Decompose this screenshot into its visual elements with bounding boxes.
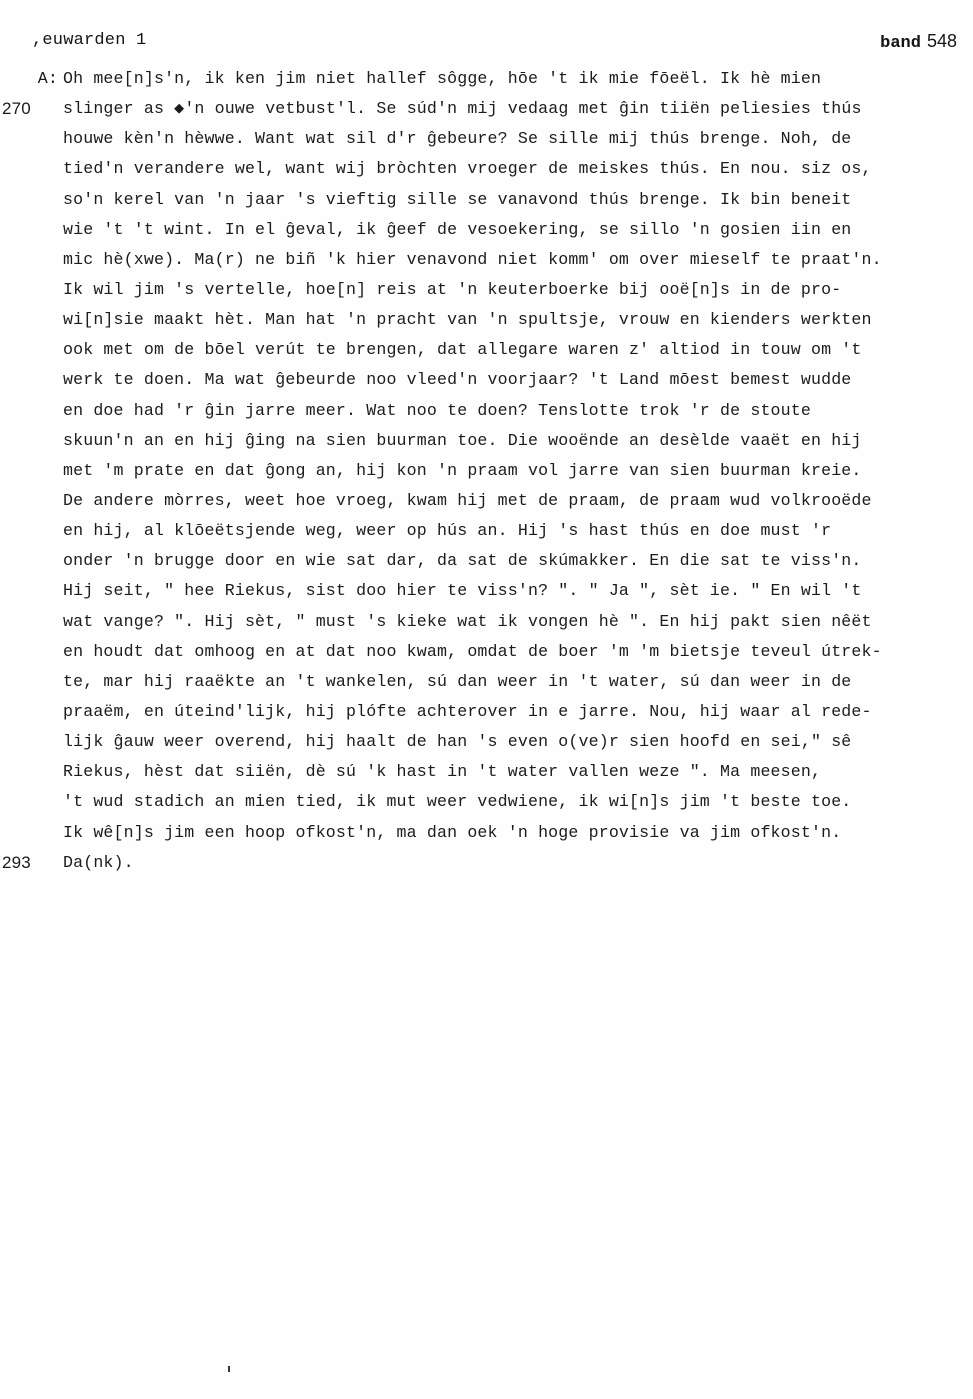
transcript-line: werk te doen. Ma wat ĝebeurde noo vleed'…: [0, 365, 973, 395]
line-text: ook met om de bōel verút te brengen, dat…: [63, 335, 862, 365]
transcript-line: Ik wil jim 's vertelle, hoe[n] reis at '…: [0, 275, 973, 305]
line-text: wat vange? ". Hij sèt, " must 's kieke w…: [63, 607, 872, 637]
line-number: 270: [2, 94, 42, 124]
header-band: band548: [880, 31, 957, 53]
transcript-line: wi[n]sie maakt hèt. Man hat 'n pracht va…: [0, 305, 973, 335]
transcript-line: met 'm prate en dat ĝong an, hij kon 'n …: [0, 456, 973, 486]
line-text: en hij, al klōeëtsjende weg, weer op hús…: [63, 516, 831, 546]
line-text: 't wud stadich an mien tied, ik mut weer…: [63, 787, 851, 817]
transcript-line: so'n kerel van 'n jaar 's vieftig sille …: [0, 185, 973, 215]
line-text: wi[n]sie maakt hèt. Man hat 'n pracht va…: [63, 305, 872, 335]
line-text: Riekus, hèst dat siiën, dè sú 'k hast in…: [63, 757, 821, 787]
line-text: so'n kerel van 'n jaar 's vieftig sille …: [63, 185, 851, 215]
line-text: werk te doen. Ma wat ĝebeurde noo vleed'…: [63, 365, 851, 395]
transcript-line: wat vange? ". Hij sèt, " must 's kieke w…: [0, 607, 973, 637]
line-text: en doe had 'r ĝin jarre meer. Wat noo te…: [63, 396, 811, 426]
transcript-line: lijk ĝauw weer overend, hij haalt de han…: [0, 727, 973, 757]
line-text: Oh mee[n]s'n, ik ken jim niet hallef sôg…: [63, 64, 821, 94]
speaker-label: A:: [0, 64, 58, 94]
transcript-body: A:Oh mee[n]s'n, ik ken jim niet hallef s…: [0, 64, 973, 878]
line-text: houwe kèn'n hèwwe. Want wat sil d'r ĝebe…: [63, 124, 851, 154]
transcript-line: en doe had 'r ĝin jarre meer. Wat noo te…: [0, 396, 973, 426]
transcript-line: te, mar hij raaëkte an 't wankelen, sú d…: [0, 667, 973, 697]
transcript-line: en hij, al klōeëtsjende weg, weer op hús…: [0, 516, 973, 546]
transcript-line: A:Oh mee[n]s'n, ik ken jim niet hallef s…: [0, 64, 973, 94]
scan-speck: [228, 1366, 230, 1372]
line-text: Ik wê[n]s jim een hoop ofkost'n, ma dan …: [63, 818, 841, 848]
line-text: Ik wil jim 's vertelle, hoe[n] reis at '…: [63, 275, 841, 305]
line-text: te, mar hij raaëkte an 't wankelen, sú d…: [63, 667, 851, 697]
transcript-line: onder 'n brugge door en wie sat dar, da …: [0, 546, 973, 576]
line-text: mic hè(xwe). Ma(r) ne biñ 'k hier venavo…: [63, 245, 882, 275]
transcript-line: 270slinger as ◆'n ouwe vetbust'l. Se súd…: [0, 94, 973, 124]
transcript-line: praaëm, en úteind'lijk, hij plófte achte…: [0, 697, 973, 727]
transcript-line: Riekus, hèst dat siiën, dè sú 'k hast in…: [0, 757, 973, 787]
transcript-line: 't wud stadich an mien tied, ik mut weer…: [0, 787, 973, 817]
transcript-line: wie 't 't wint. In el ĝeval, ik ĝeef de …: [0, 215, 973, 245]
line-text: met 'm prate en dat ĝong an, hij kon 'n …: [63, 456, 862, 486]
transcript-line: De andere mòrres, weet hoe vroeg, kwam h…: [0, 486, 973, 516]
transcript-line: Hij seit, " hee Riekus, sist doo hier te…: [0, 576, 973, 606]
transcript-line: 293Da(nk).: [0, 848, 973, 878]
line-text: Hij seit, " hee Riekus, sist doo hier te…: [63, 576, 862, 606]
line-text: Da(nk).: [63, 848, 134, 878]
line-text: onder 'n brugge door en wie sat dar, da …: [63, 546, 862, 576]
transcript-line: Ik wê[n]s jim een hoop ofkost'n, ma dan …: [0, 818, 973, 848]
transcript-line: en houdt dat omhoog en at dat noo kwam, …: [0, 637, 973, 667]
line-text: tied'n verandere wel, want wij bròchten …: [63, 154, 872, 184]
band-number: 548: [927, 31, 957, 51]
line-text: slinger as ◆'n ouwe vetbust'l. Se súd'n …: [63, 94, 862, 124]
transcript-line: houwe kèn'n hèwwe. Want wat sil d'r ĝebe…: [0, 124, 973, 154]
header-location: ,euwarden 1: [32, 31, 146, 50]
band-label: band: [880, 34, 921, 53]
transcript-line: ook met om de bōel verút te brengen, dat…: [0, 335, 973, 365]
line-text: skuun'n an en hij ĝing na sien buurman t…: [63, 426, 862, 456]
transcript-line: tied'n verandere wel, want wij bròchten …: [0, 154, 973, 184]
line-text: lijk ĝauw weer overend, hij haalt de han…: [63, 727, 851, 757]
document-page: ,euwarden 1 band548 A:Oh mee[n]s'n, ik k…: [0, 0, 973, 1399]
transcript-line: mic hè(xwe). Ma(r) ne biñ 'k hier venavo…: [0, 245, 973, 275]
line-text: wie 't 't wint. In el ĝeval, ik ĝeef de …: [63, 215, 851, 245]
line-text: De andere mòrres, weet hoe vroeg, kwam h…: [63, 486, 872, 516]
line-text: praaëm, en úteind'lijk, hij plófte achte…: [63, 697, 872, 727]
transcript-line: skuun'n an en hij ĝing na sien buurman t…: [0, 426, 973, 456]
line-text: en houdt dat omhoog en at dat noo kwam, …: [63, 637, 882, 667]
line-number: 293: [2, 848, 42, 878]
